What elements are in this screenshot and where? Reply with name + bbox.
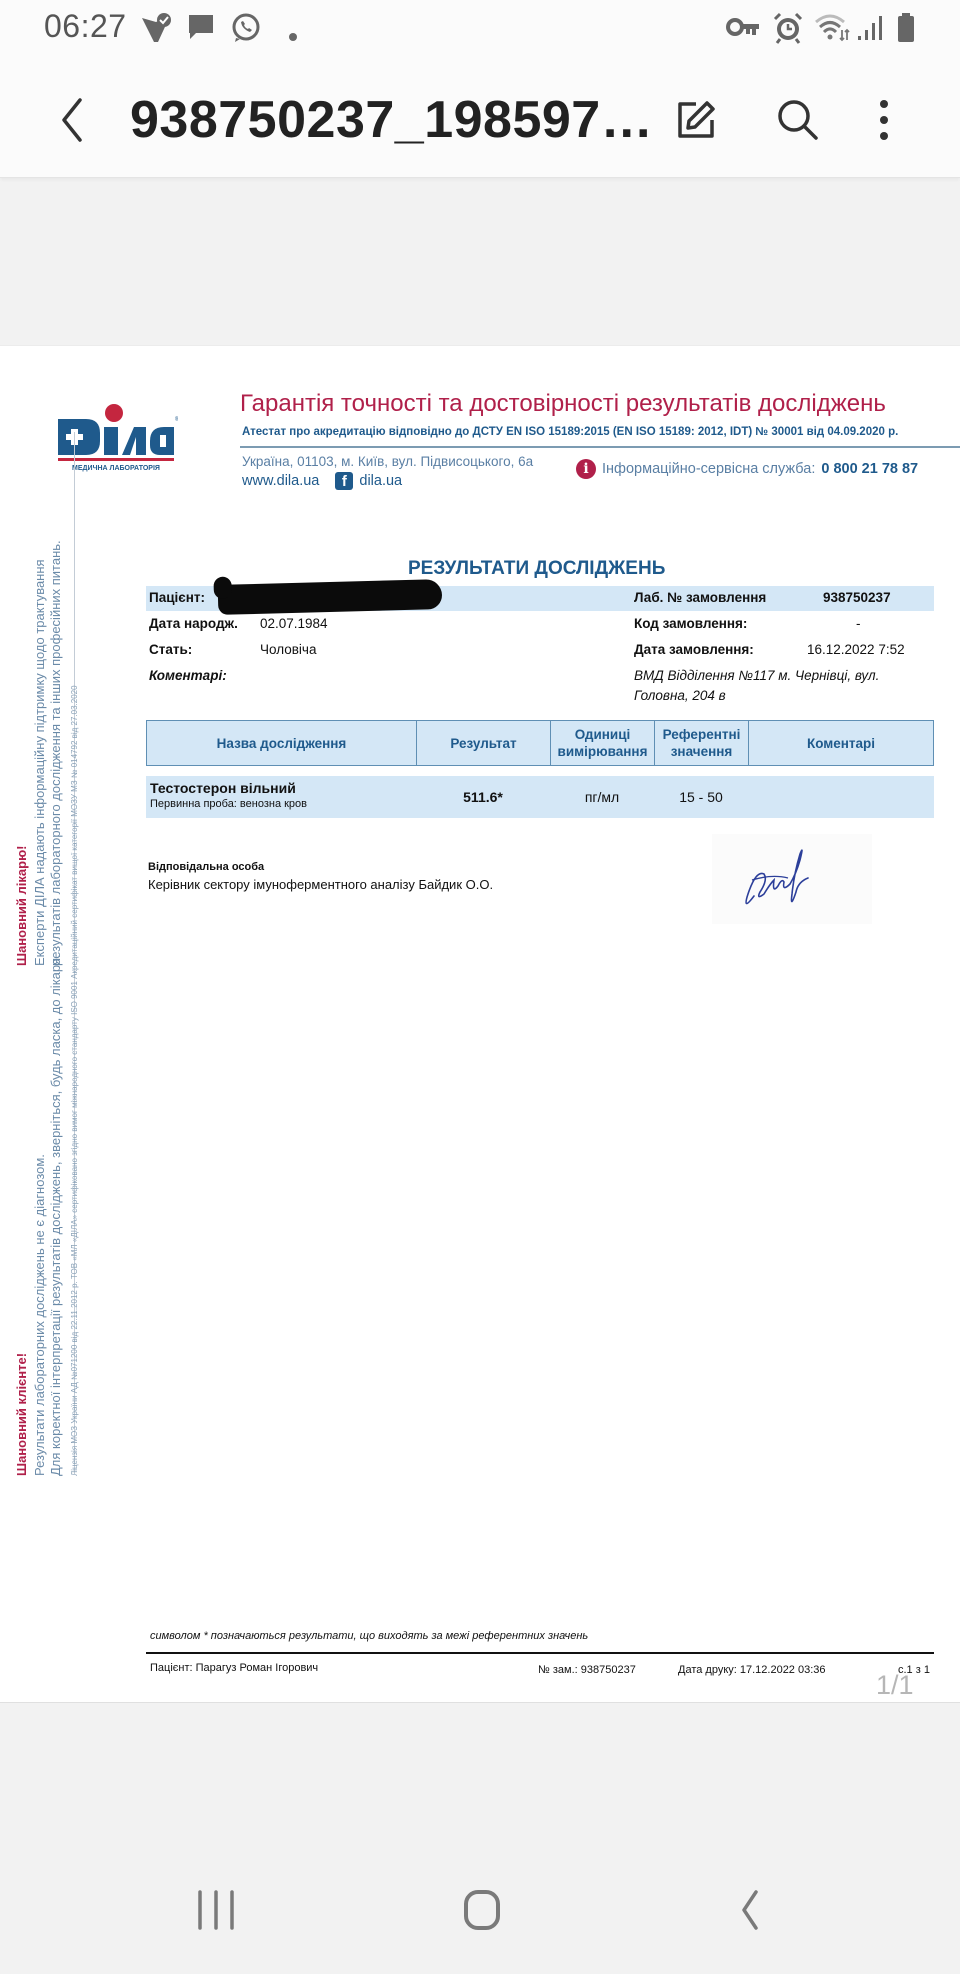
status-time: 06:27	[44, 8, 127, 45]
test-name-cell: Тестостерон вільний Первинна проба: вено…	[150, 776, 416, 818]
doctor-note-line1: Експерти ДІЛА надають інформаційну підтр…	[32, 559, 47, 966]
document-title: 938750237_198597…	[130, 90, 653, 150]
branch-line1: ВМД Відділення №117 м. Чернівці, вул.	[634, 668, 879, 683]
facebook-icon: f	[335, 472, 353, 490]
message-icon	[186, 12, 216, 48]
col-units: Одиниці вимірювання	[551, 721, 655, 765]
info-icon: i	[576, 459, 596, 479]
test-units: пг/мл	[550, 776, 654, 818]
order-code-value: -	[856, 616, 861, 631]
signature-image	[712, 834, 872, 924]
search-icon[interactable]	[768, 90, 828, 150]
website-link[interactable]: www.dila.ua	[242, 473, 319, 489]
footnote: символом * позначаються результати, що в…	[150, 1630, 588, 1642]
sex-value: Чоловіча	[260, 642, 316, 657]
patient-row: Пацієнт: Лаб. № замовлення 938750237	[146, 586, 934, 611]
screen: 06:27 938750237_	[0, 0, 960, 1974]
signal-icon	[856, 12, 886, 48]
client-note-title: Шановний клієнте!	[14, 1353, 29, 1476]
facebook-link[interactable]: dila.ua	[359, 473, 402, 489]
order-code-label: Код замовлення:	[634, 616, 747, 631]
dob-label: Дата народж.	[149, 616, 238, 631]
sex-row: Стать: Чоловіча Дата замовлення: 16.12.2…	[146, 638, 934, 663]
test-reference: 15 - 50	[654, 776, 748, 818]
vpn-key-icon	[726, 12, 762, 48]
battery-icon	[896, 12, 916, 50]
app-bar: 938750237_198597…	[0, 60, 960, 178]
branch-line2: Головна, 204 в	[634, 688, 726, 703]
navigation-bar	[0, 1860, 960, 1974]
alarm-icon	[772, 12, 804, 50]
footer-patient: Пацієнт: Парагуз Роман Ігорович	[150, 1662, 318, 1674]
order-date-label: Дата замовлення:	[634, 642, 754, 657]
recent-apps-icon[interactable]	[186, 1880, 246, 1940]
header-divider	[240, 446, 960, 448]
test-result: 511.6*	[416, 776, 550, 818]
comments-row: Коментарі: ВМД Відділення №117 м. Чернів…	[146, 666, 934, 710]
test-sample: Первинна проба: венозна кров	[150, 798, 307, 810]
check-shield-icon	[140, 12, 174, 50]
dot-icon	[288, 18, 298, 48]
website-line: www.dila.ua f dila.ua	[242, 472, 402, 490]
page-indicator: 1/1	[876, 1670, 914, 1701]
sex-label: Стать:	[149, 642, 192, 657]
more-vert-icon[interactable]	[854, 90, 914, 150]
info-phone: 0 800 21 78 87	[821, 461, 918, 477]
test-name: Тестостерон вільний	[150, 780, 296, 796]
document-page[interactable]: МЕДИЧНА ЛАБОРАТОРІЯ ® Гарантія точності …	[0, 345, 960, 1703]
accreditation-text: Атестат про акредитацію відповідно до ДС…	[242, 426, 898, 438]
client-note-line2: Для коректної інтерпретації результатів …	[48, 954, 63, 1476]
lab-order-value: 938750237	[823, 590, 891, 605]
footer-print-date: Дата друку: 17.12.2022 03:36	[678, 1664, 826, 1676]
col-result: Результат	[417, 721, 551, 765]
col-comments: Коментарі	[749, 721, 933, 765]
patient-name-redacted	[218, 579, 443, 615]
status-bar: 06:27	[0, 0, 960, 60]
dob-row: Дата народж. 02.07.1984 Код замовлення: …	[146, 612, 934, 637]
svg-text:®: ®	[175, 416, 178, 423]
license-text: Ліцензія МОЗ України АД №071200 від 22.1…	[70, 685, 79, 1476]
doctor-note-line2: результатів лабораторного дослідження та…	[48, 540, 63, 966]
responsible-label: Відповідальна особа	[148, 861, 264, 873]
results-title: РЕЗУЛЬТАТИ ДОСЛІДЖЕНЬ	[408, 558, 665, 580]
header-title: Гарантія точності та достовірності резул…	[240, 390, 886, 418]
patient-label: Пацієнт:	[149, 590, 205, 605]
responsible-person: Керівник сектору імуноферментного аналіз…	[148, 877, 493, 892]
table-row: Тестостерон вільний Первинна проба: вено…	[146, 776, 934, 818]
test-comment	[748, 776, 932, 818]
lab-address: Україна, 01103, м. Київ, вул. Підвисоцьк…	[242, 454, 533, 469]
info-label: Інформаційно-сервісна служба:	[602, 461, 815, 477]
results-table-header: Назва дослідження Результат Одиниці вимі…	[146, 720, 934, 766]
info-service: i Інформаційно-сервісна служба: 0 800 21…	[576, 459, 918, 479]
home-icon[interactable]	[452, 1880, 512, 1940]
edit-icon[interactable]	[666, 90, 726, 150]
dob-value: 02.07.1984	[260, 616, 328, 631]
back-icon[interactable]	[722, 1880, 782, 1940]
footer-divider	[146, 1652, 934, 1654]
svg-text:МЕДИЧНА ЛАБОРАТОРІЯ: МЕДИЧНА ЛАБОРАТОРІЯ	[72, 465, 160, 472]
col-test-name: Назва дослідження	[147, 721, 417, 765]
col-reference: Референтні значення	[655, 721, 749, 765]
client-note-line1: Результати лабораторних досліджень не є …	[32, 1154, 47, 1476]
doctor-note-title: Шановний лікарю!	[14, 845, 29, 966]
whatsapp-icon	[230, 12, 262, 50]
lab-order-label: Лаб. № замовлення	[634, 590, 766, 605]
footer-order: № зам.: 938750237	[538, 1664, 636, 1676]
order-date-value: 16.12.2022 7:52	[807, 642, 905, 657]
wifi-icon	[814, 12, 850, 48]
comments-label: Коментарі:	[149, 668, 227, 683]
back-icon[interactable]	[50, 92, 98, 148]
